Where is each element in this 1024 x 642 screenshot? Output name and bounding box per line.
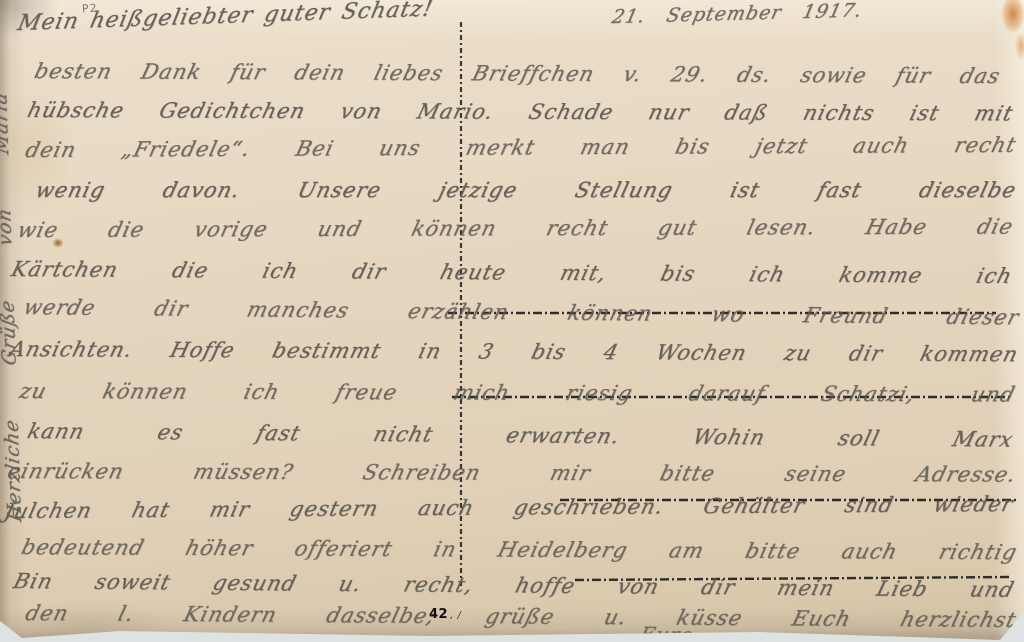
handwriting-line: wenig davon. Unsere jetzige Stellung ist… [33, 179, 1018, 201]
handwriting-line: Julchen hat mir gestern auch geschrieben… [2, 493, 1015, 522]
handwriting-line: einrücken müssen? Schreiben mir bitte se… [5, 460, 1019, 486]
handwriting-line: Bin soweit gesund u. recht, hoffe von di… [11, 570, 1017, 601]
handwriting-line: zu können ich freue mich riesig darauf S… [17, 380, 1018, 406]
handwriting-line: wie die vorige und können recht gut lese… [15, 216, 1015, 242]
handwriting-line: bedeutend höher offeriert in Heidelberg … [19, 536, 1020, 563]
salutation-line: Mein heißgeliebter guter Schatz! [16, 0, 436, 35]
handwriting-line: dein „Friedele“. Bei uns merkt man bis j… [23, 134, 1018, 161]
handwriting-line: Ansichten. Hoffe bestimmt in 3 bis 4 Woc… [7, 338, 1021, 365]
handwriting-line: kann es fast nicht erwarten. Wohin soll … [25, 420, 1016, 451]
date-line: 21. September 1917. [610, 1, 864, 28]
postcard-paper: P2 21. September 1917. Mein heißgeliebte… [0, 0, 1024, 642]
pencil-tick-mark: , / [450, 610, 461, 621]
handwriting-line: Kärtchen die ich dir heute mit, bis ich … [9, 258, 1015, 287]
printed-card-number: 42, / [429, 607, 461, 622]
handwriting-line: hübsche Gedichtchen von Mario. Schade nu… [25, 99, 1016, 124]
margin-note-vertical: Herzliche Grüße von Maria [0, 90, 26, 523]
handwriting-line: werde dir manches erzählen können wo Fre… [21, 296, 1022, 328]
printed-number-value: 42 [429, 607, 448, 622]
postcard-scan: P2 21. September 1917. Mein heißgeliebte… [0, 0, 1024, 642]
handwriting-line: besten Dank für dein liebes Brieffchen v… [32, 60, 1003, 87]
handwriting-line: den l. Kindern dasselbe; grüße u. küsse … [23, 602, 1019, 631]
closing-fragment: Eure … [637, 624, 833, 642]
